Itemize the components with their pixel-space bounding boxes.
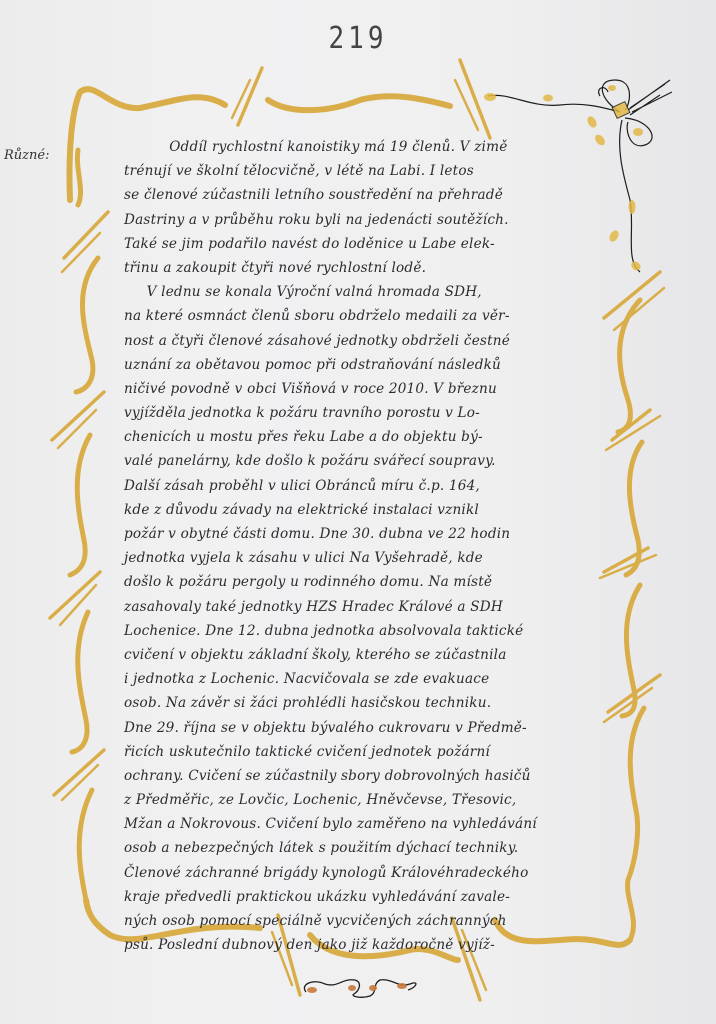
text-line: i jednotka z Lochenic. Nacvičovala se zd… [124,667,644,691]
text-line: uznání za obětavou pomoc při odstraňován… [124,353,644,377]
text-line: psů. Poslední dubnový den jako již každo… [124,933,644,957]
text-line: jednotka vyjela k zásahu v ulici Na Vyše… [124,546,644,570]
text-line: došlo k požáru pergoly u rodinného domu.… [124,570,644,594]
text-line: Dne 29. října se v objektu bývalého cukr… [124,716,644,740]
text-line: trénují ve školní tělocvičně, v létě na … [124,159,644,183]
text-line: řicích uskutečnilo taktické cvičení jedn… [124,740,644,764]
text-line: chenicích u mostu přes řeku Labe a do ob… [124,425,644,449]
text-line: valé panelárny, kde došlo k požáru sváře… [124,449,644,473]
text-line: ochrany. Cvičení se zúčastnily sbory dob… [124,764,644,788]
text-line: požár v obytné části domu. Dne 30. dubna… [124,522,644,546]
text-line: Dastriny a v průběhu roku byli na jedená… [124,208,644,232]
text-line: z Předměřic, ze Lovčic, Lochenic, Hněvče… [124,788,644,812]
text-line: Oddíl rychlostní kanoistiky má 19 členů.… [124,135,644,159]
text-line: Další zásah proběhl v ulici Obránců míru… [124,474,644,498]
text-line: Mžan a Nokrovous. Cvičení bylo zaměřeno … [124,812,644,836]
chronicle-page: 219 Různé: [0,0,716,1024]
text-line: se členové zúčastnili letního soustředěn… [124,183,644,207]
text-line: vyjížděla jednotka k požáru travního por… [124,401,644,425]
text-line: Lochenice. Dne 12. dubna jednotka absolv… [124,619,644,643]
text-line: osob. Na závěr si žáci prohlédli hasičsk… [124,691,644,715]
text-line: ných osob pomocí speciálně vycvičených z… [124,909,644,933]
text-line: nost a čtyři členové zásahové jednotky o… [124,329,644,353]
text-line: V lednu se konala Výroční valná hromada … [124,280,644,304]
text-line: osob a nebezpečných látek s použitím dýc… [124,836,644,860]
text-line: Také se jim podařilo navést do loděnice … [124,232,644,256]
text-line: kraje předvedli praktickou ukázku vyhled… [124,885,644,909]
text-line: zasahovaly také jednotky HZS Hradec Král… [124,595,644,619]
text-line: Členové záchranné brigády kynologů Králo… [124,861,644,885]
text-line: na které osmnáct členů sboru obdrželo me… [124,304,644,328]
chronicle-text-body: Oddíl rychlostní kanoistiky má 19 členů.… [124,135,644,957]
text-line: ničivé povodně v obci Višňová v roce 201… [124,377,644,401]
text-line: kde z důvodu závady na elektrické instal… [124,498,644,522]
text-line: cvičení v objektu základní školy, kteréh… [124,643,644,667]
text-line: třinu a zakoupit čtyři nové rychlostní l… [124,256,644,280]
